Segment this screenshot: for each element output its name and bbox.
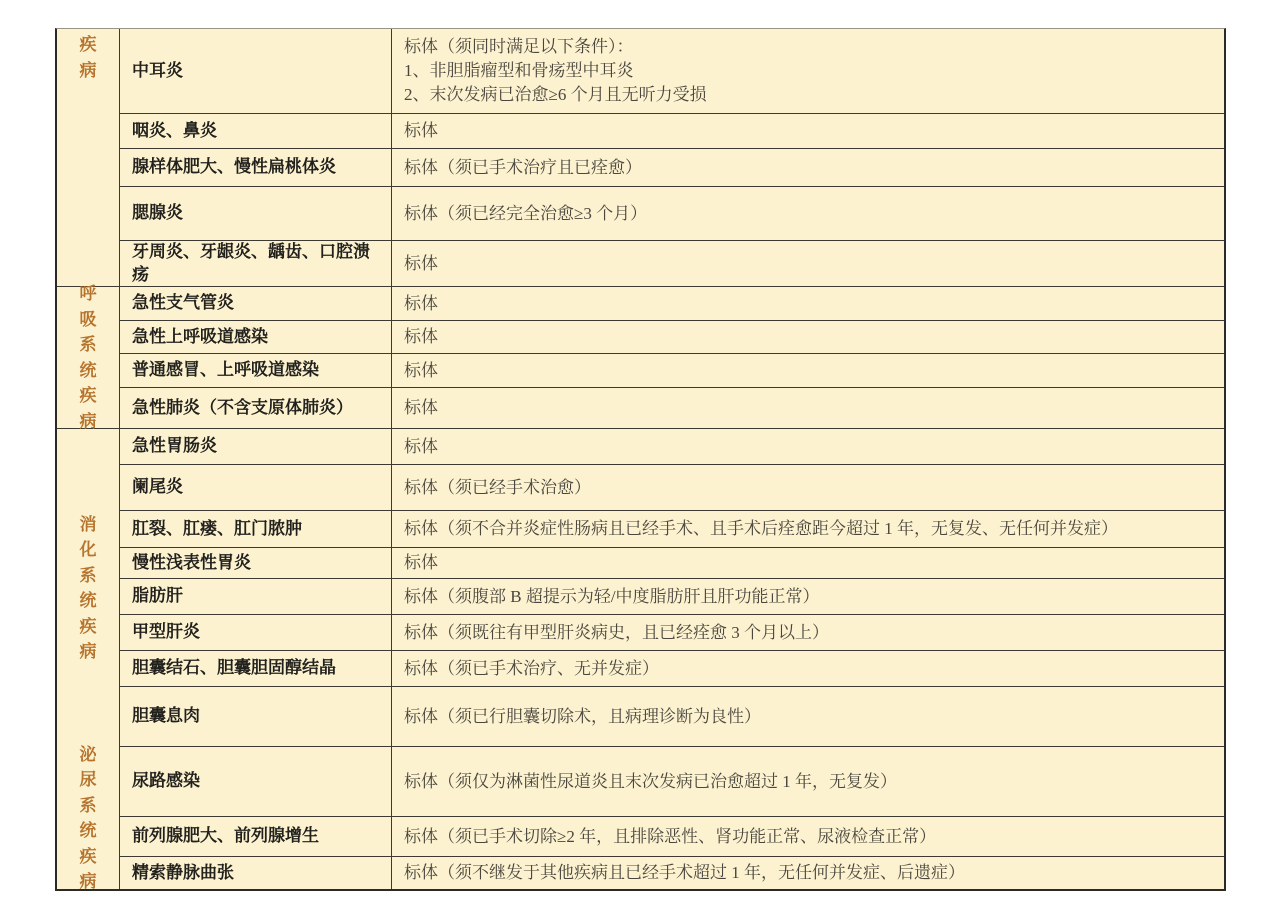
disease-cell: 咽炎、鼻炎 [120, 114, 392, 149]
category-cell-urinary: 泌尿系统疾病 [57, 747, 120, 889]
disease-cell: 精索静脉曲张 [120, 857, 392, 889]
disease-cell: 急性支气管炎 [120, 287, 392, 321]
disease-cell: 普通感冒、上呼吸道感染 [120, 354, 392, 388]
conclusion-cell: 标体（须仅为淋菌性尿道炎且末次发病已治愈超过 1 年，无复发） [392, 747, 1224, 817]
conclusion-cell: 标体 [392, 354, 1224, 388]
category-cell-digestive: 消化系统疾病 [57, 429, 120, 747]
disease-cell: 胆囊息肉 [120, 687, 392, 747]
conclusion-cell: 标体（须已经完全治愈≥3 个月） [392, 187, 1224, 241]
conclusion-cell: 标体 [392, 114, 1224, 149]
conclusion-cell: 标体 [392, 548, 1224, 579]
disease-cell: 腺样体肥大、慢性扁桃体炎 [120, 149, 392, 187]
disease-cell: 牙周炎、牙龈炎、龋齿、口腔溃疡 [120, 241, 392, 287]
disease-cell: 急性肺炎（不含支原体肺炎） [120, 388, 392, 429]
conclusion-cell: 标体（须已手术治疗、无并发症） [392, 651, 1224, 687]
disease-cell: 肛裂、肛瘘、肛门脓肿 [120, 511, 392, 548]
disease-cell: 阑尾炎 [120, 465, 392, 511]
conclusion-cell: 标体（须已行胆囊切除术，且病理诊断为良性） [392, 687, 1224, 747]
category-label: 泌尿系统疾病 [78, 742, 98, 895]
disease-cell: 腮腺炎 [120, 187, 392, 241]
disease-cell: 前列腺肥大、前列腺增生 [120, 817, 392, 857]
disease-cell: 脂肪肝 [120, 579, 392, 615]
disease-cell: 甲型肝炎 [120, 615, 392, 651]
category-label: 疾病 [78, 32, 98, 83]
category-label: 消化系统疾病 [78, 512, 98, 665]
category-label: 呼吸系统疾病 [78, 281, 98, 434]
conclusion-cell: 标体（须已手术切除≥2 年，且排除恶性、肾功能正常、尿液检查正常） [392, 817, 1224, 857]
document-page: 疾病 呼吸系统疾病 消化系统疾病 泌尿系统疾病 中耳炎 标体（须同时满足以下条件… [0, 0, 1280, 919]
conclusion-cell: 标体 [392, 321, 1224, 354]
conclusion-cell: 标体（须已手术治疗且已痊愈） [392, 149, 1224, 187]
conclusion-cell: 标体 [392, 429, 1224, 465]
disease-cell: 尿路感染 [120, 747, 392, 817]
category-cell-disease: 疾病 [57, 29, 120, 287]
disease-cell: 胆囊结石、胆囊胆固醇结晶 [120, 651, 392, 687]
disease-cell: 急性上呼吸道感染 [120, 321, 392, 354]
conclusion-cell: 标体（须同时满足以下条件）： 1、非胆脂瘤型和骨疡型中耳炎 2、末次发病已治愈≥… [392, 29, 1224, 114]
disease-cell: 中耳炎 [120, 29, 392, 114]
conclusion-cell: 标体（须不合并炎症性肠病且已经手术、且手术后痊愈距今超过 1 年，无复发、无任何… [392, 511, 1224, 548]
disease-cell: 慢性浅表性胃炎 [120, 548, 392, 579]
conclusion-cell: 标体（须已经手术治愈） [392, 465, 1224, 511]
conclusion-cell: 标体（须既往有甲型肝炎病史，且已经痊愈 3 个月以上） [392, 615, 1224, 651]
conclusion-cell: 标体 [392, 388, 1224, 429]
conclusion-cell: 标体（须腹部 B 超提示为轻/中度脂肪肝且肝功能正常） [392, 579, 1224, 615]
disease-cell: 急性胃肠炎 [120, 429, 392, 465]
underwriting-table: 疾病 呼吸系统疾病 消化系统疾病 泌尿系统疾病 中耳炎 标体（须同时满足以下条件… [55, 28, 1226, 891]
conclusion-cell: 标体 [392, 287, 1224, 321]
conclusion-cell: 标体 [392, 241, 1224, 287]
category-cell-respiratory: 呼吸系统疾病 [57, 287, 120, 429]
conclusion-cell: 标体（须不继发于其他疾病且已经手术超过 1 年，无任何并发症、后遗症） [392, 857, 1224, 889]
